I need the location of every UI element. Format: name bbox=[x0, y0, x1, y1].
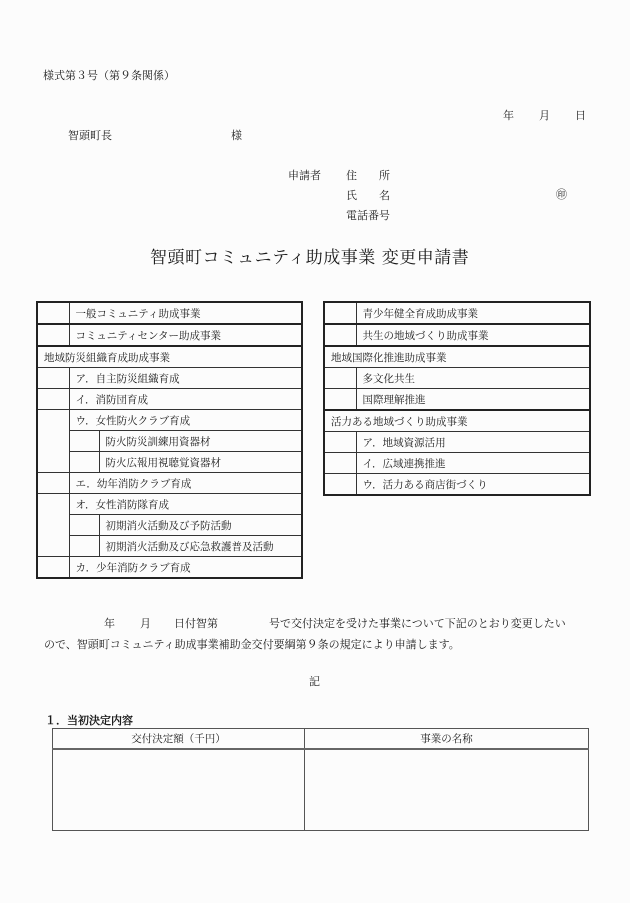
category-heading: 活力ある地域づくり助成事業 bbox=[324, 410, 590, 432]
category-label: イ．広域連携推進 bbox=[356, 453, 590, 474]
body-year: 年 bbox=[104, 615, 115, 631]
date-year-label: 年 bbox=[503, 107, 514, 123]
checkbox-cell[interactable] bbox=[37, 557, 69, 579]
honorific: 様 bbox=[231, 127, 242, 143]
category-label: ウ．活力ある商店街づくり bbox=[356, 474, 590, 496]
checkbox-cell[interactable] bbox=[324, 324, 356, 346]
checkbox-cell[interactable] bbox=[324, 368, 356, 389]
checkbox-cell[interactable] bbox=[324, 474, 356, 496]
body-day-prefix: 日付智第 bbox=[174, 615, 218, 631]
checkbox-cell[interactable] bbox=[37, 473, 69, 494]
category-label: ウ．女性防火クラブ育成 bbox=[69, 410, 302, 431]
form-number: 様式第３号（第９条関係） bbox=[43, 67, 175, 83]
left-category-table: 一般コミュニティ助成事業 コミュニティセンター助成事業 地域防災組織育成助成事業… bbox=[36, 301, 303, 579]
checkbox-cell[interactable] bbox=[69, 431, 99, 452]
category-heading: 地域国際化推進助成事業 bbox=[324, 346, 590, 368]
section1-heading: １．当初決定内容 bbox=[45, 712, 133, 728]
category-label: 多文化共生 bbox=[356, 368, 590, 389]
phone-label: 電話番号 bbox=[346, 207, 390, 223]
checkbox-cell[interactable] bbox=[37, 368, 69, 389]
body-month: 月 bbox=[140, 615, 151, 631]
category-label: エ．幼年消防クラブ育成 bbox=[69, 473, 302, 494]
category-label: ア．地域資源活用 bbox=[356, 432, 590, 453]
date-month-label: 月 bbox=[539, 107, 550, 123]
subcategory-label: 初期消火活動及び応急救護普及活動 bbox=[99, 536, 302, 557]
body-line2: ので、智頭町コミュニティ助成事業補助金交付要綱第９条の規定により申請します。 bbox=[44, 636, 460, 652]
ki-label: 記 bbox=[309, 673, 320, 689]
applicant-label: 申請者 bbox=[288, 167, 321, 183]
address-label: 住 所 bbox=[346, 167, 390, 183]
checkbox-cell[interactable] bbox=[324, 389, 356, 411]
amount-field[interactable] bbox=[53, 749, 305, 831]
category-label: カ．少年消防クラブ育成 bbox=[69, 557, 302, 579]
column-header-project-name: 事業の名称 bbox=[305, 729, 589, 750]
subcategory-label: 防火防災訓練用資器材 bbox=[99, 431, 302, 452]
column-header-amount: 交付決定額（千円） bbox=[53, 729, 305, 750]
body-line1-rest: 号で交付決定を受けた事業について下記のとおり変更したい bbox=[269, 615, 566, 631]
checkbox-cell[interactable] bbox=[69, 515, 99, 536]
category-label: 青少年健全育成助成事業 bbox=[356, 302, 590, 324]
project-name-field[interactable] bbox=[305, 749, 589, 831]
date-day-label: 日 bbox=[575, 107, 586, 123]
name-label: 氏 名 bbox=[346, 187, 390, 203]
checkbox-cell[interactable] bbox=[324, 453, 356, 474]
group-cell bbox=[37, 494, 69, 557]
checkbox-cell[interactable] bbox=[324, 302, 356, 324]
checkbox-cell[interactable] bbox=[69, 452, 99, 473]
checkbox-cell[interactable] bbox=[324, 432, 356, 453]
category-label: 国際理解推進 bbox=[356, 389, 590, 411]
seal-icon: ㊞ bbox=[556, 186, 567, 202]
checkbox-cell[interactable] bbox=[37, 302, 69, 324]
subcategory-label: 初期消火活動及び予防活動 bbox=[99, 515, 302, 536]
checkbox-cell[interactable] bbox=[37, 389, 69, 410]
category-label: コミュニティセンター助成事業 bbox=[69, 324, 302, 346]
category-label: ア．自主防災組織育成 bbox=[69, 368, 302, 389]
category-label: 共生の地域づくり助成事業 bbox=[356, 324, 590, 346]
category-label: イ．消防団育成 bbox=[69, 389, 302, 410]
group-cell bbox=[37, 410, 69, 473]
category-label: 一般コミュニティ助成事業 bbox=[69, 302, 302, 324]
addressee: 智頭町長 bbox=[68, 127, 112, 143]
page-title: 智頭町コミュニティ助成事業 変更申請書 bbox=[150, 243, 469, 268]
checkbox-cell[interactable] bbox=[37, 324, 69, 346]
checkbox-cell[interactable] bbox=[69, 536, 99, 557]
category-heading: 地域防災組織育成助成事業 bbox=[37, 346, 302, 368]
initial-decision-table: 交付決定額（千円） 事業の名称 bbox=[52, 728, 589, 831]
subcategory-label: 防火広報用視聴覚資器材 bbox=[99, 452, 302, 473]
right-category-table: 青少年健全育成助成事業 共生の地域づくり助成事業 地域国際化推進助成事業 多文化… bbox=[323, 301, 591, 496]
category-label: オ．女性消防隊育成 bbox=[69, 494, 302, 515]
